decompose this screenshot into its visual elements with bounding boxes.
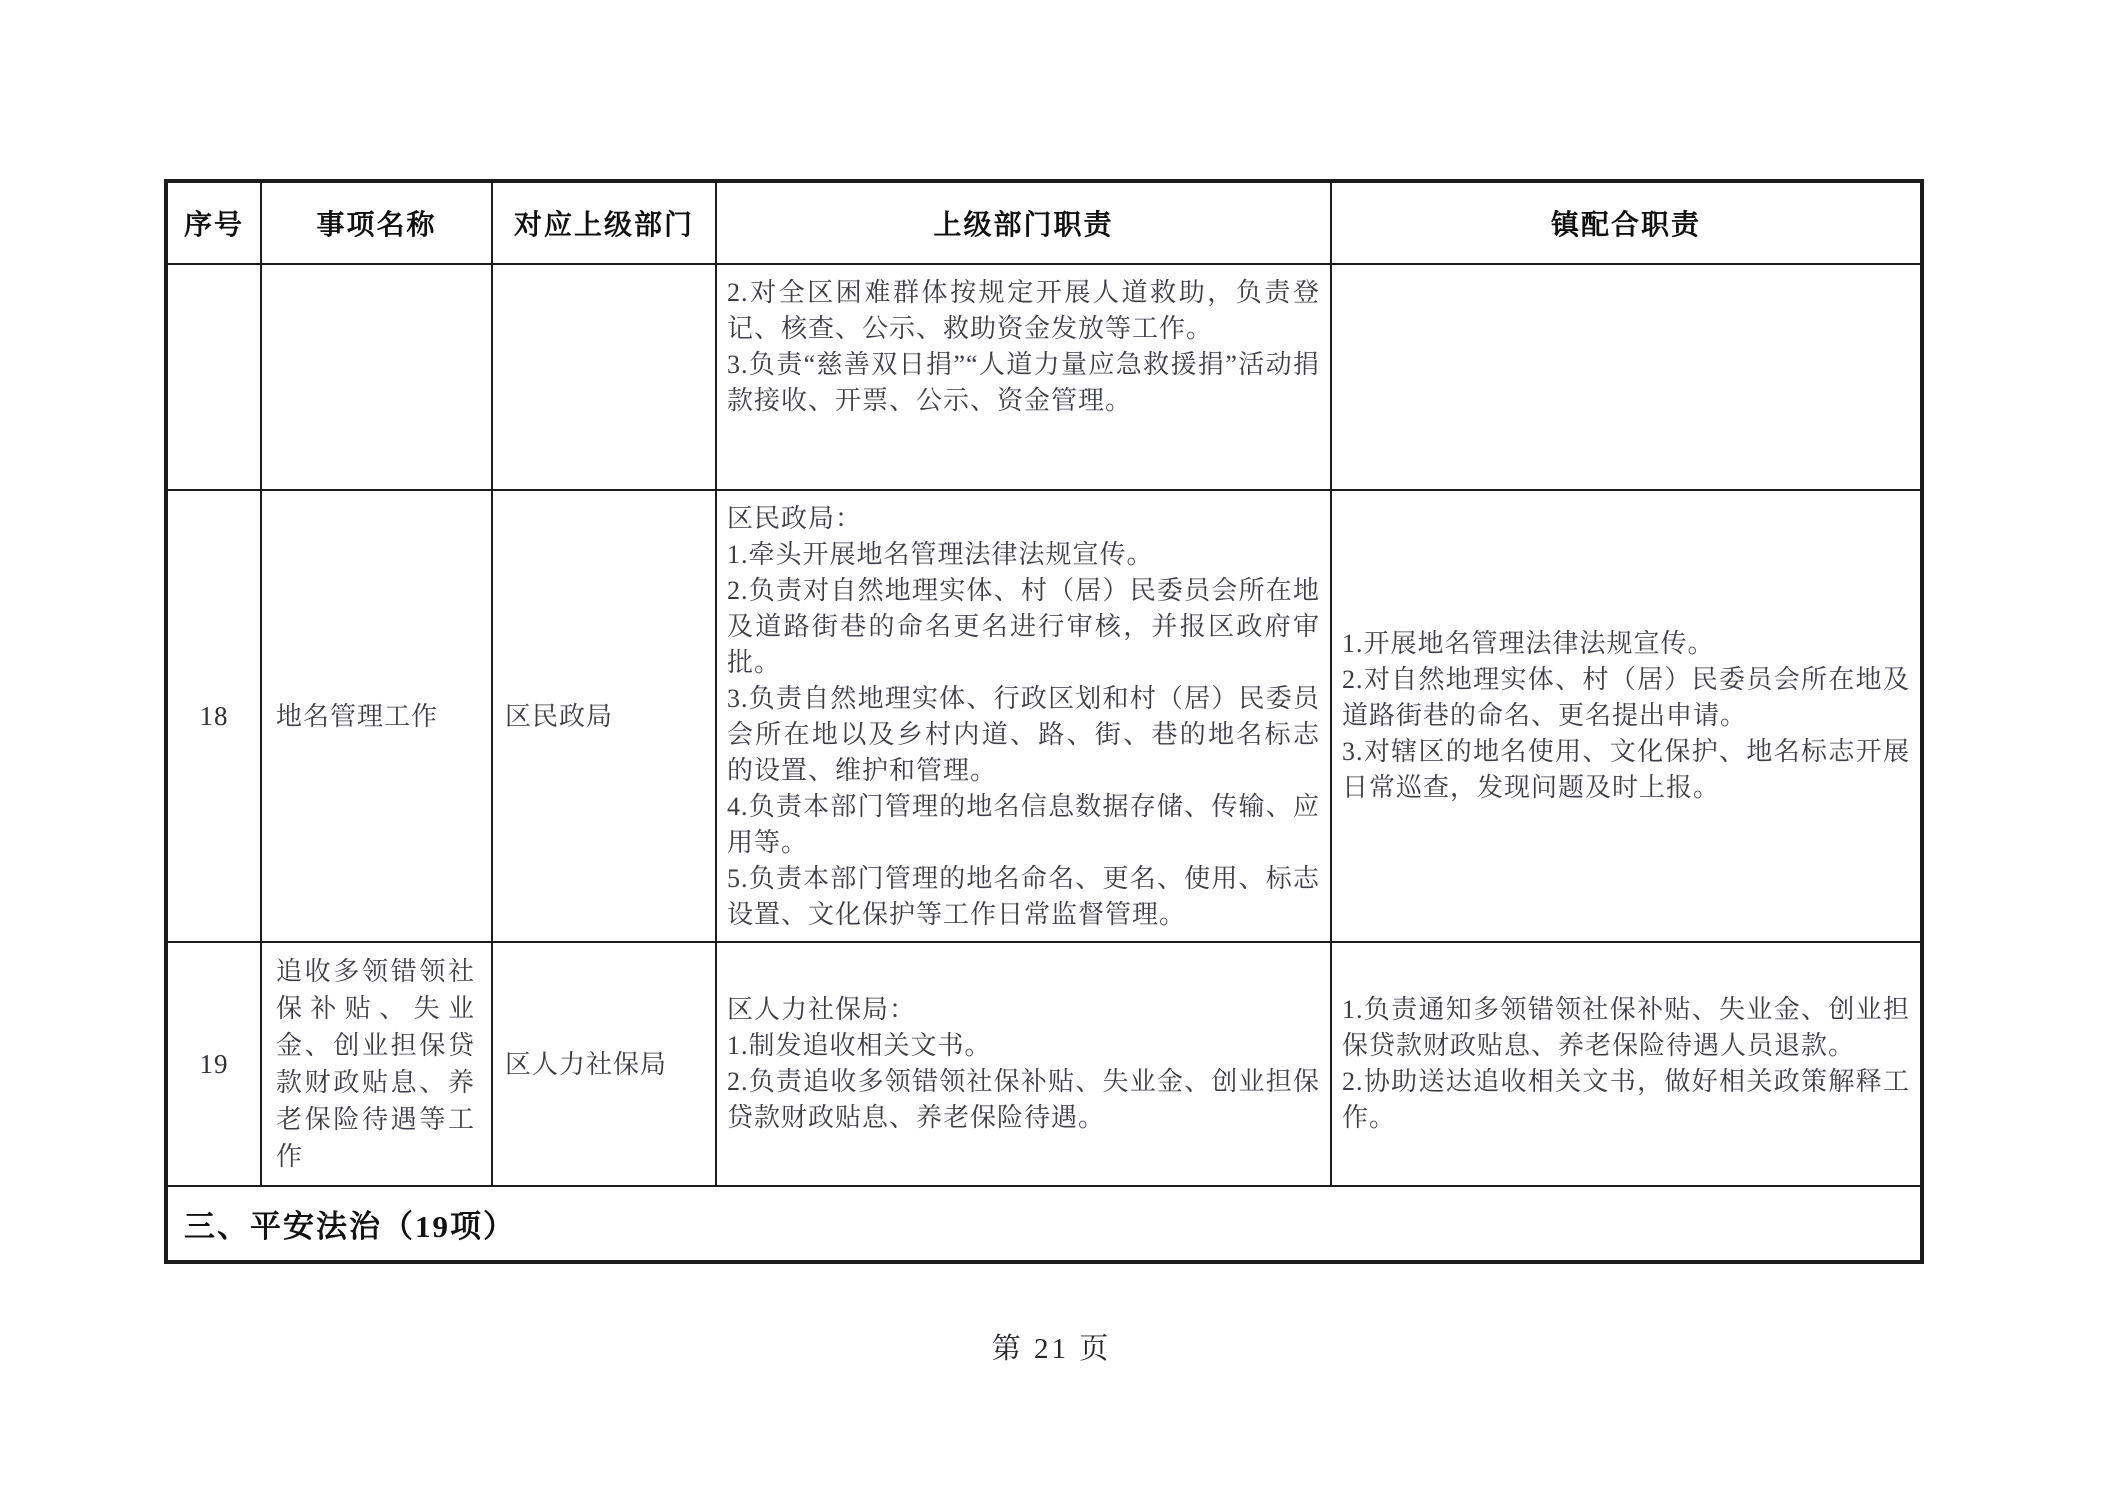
column-header-superior-duties: 上级部门职责 xyxy=(716,181,1331,264)
cell-seq: 18 xyxy=(166,490,261,942)
duty-item: 1.负责通知多领错领社保补贴、失业金、创业担保贷款财政贴息、养老保险待遇人员退款… xyxy=(1342,992,1910,1064)
duty-item: 区民政局： xyxy=(727,501,1320,537)
cell-town-duties: 1.负责通知多领错领社保补贴、失业金、创业担保贷款财政贴息、养老保险待遇人员退款… xyxy=(1331,942,1922,1186)
column-header-item-name: 事项名称 xyxy=(261,181,492,264)
column-header-seq: 序号 xyxy=(166,181,261,264)
table-row-19: 19 追收多领错领社保补贴、失业金、创业担保贷款财政贴息、养老保险待遇等工作 区… xyxy=(166,942,1922,1186)
table-row-18: 18 地名管理工作 区民政局 区民政局： 1.牵头开展地名管理法律法规宣传。 2… xyxy=(166,490,1922,942)
column-header-town-duties: 镇配合职责 xyxy=(1331,181,1922,264)
table-header-row: 序号 事项名称 对应上级部门 上级部门职责 镇配合职责 xyxy=(166,181,1922,264)
cell-town-duties xyxy=(1331,264,1922,490)
section-header-row: 三、平安法治（19项） xyxy=(166,1186,1922,1262)
cell-seq xyxy=(166,264,261,490)
cell-item-name xyxy=(261,264,492,490)
cell-seq: 19 xyxy=(166,942,261,1186)
duty-item: 2.负责追收多领错领社保补贴、失业金、创业担保贷款财政贴息、养老保险待遇。 xyxy=(727,1064,1320,1136)
duty-item: 4.负责本部门管理的地名信息数据存储、传输、应用等。 xyxy=(727,789,1320,861)
cell-superior-department: 区民政局 xyxy=(492,490,716,942)
duty-item: 1.开展地名管理法律法规宣传。 xyxy=(1342,626,1910,662)
duty-item: 3.负责自然地理实体、行政区划和村（居）民委员会所在地以及乡村内道、路、街、巷的… xyxy=(727,681,1320,789)
duty-item: 2.对自然地理实体、村（居）民委员会所在地及道路街巷的命名、更名提出申请。 xyxy=(1342,662,1910,734)
duty-item: 区人力社保局： xyxy=(727,992,1320,1028)
cell-superior-department: 区人力社保局 xyxy=(492,942,716,1186)
duty-item: 2.协助送达追收相关文书，做好相关政策解释工作。 xyxy=(1342,1064,1910,1136)
document-page: 序号 事项名称 对应上级部门 上级部门职责 镇配合职责 2.对全区困难群体按规定… xyxy=(0,0,2103,1486)
cell-superior-duties: 2.对全区困难群体按规定开展人道救助，负责登记、核查、公示、救助资金发放等工作。… xyxy=(716,264,1331,490)
duty-item: 3.对辖区的地名使用、文化保护、地名标志开展日常巡查，发现问题及时上报。 xyxy=(1342,734,1910,806)
duty-item: 5.负责本部门管理的地名命名、更名、使用、标志设置、文化保护等工作日常监督管理。 xyxy=(727,861,1320,933)
cell-superior-duties: 区民政局： 1.牵头开展地名管理法律法规宣传。 2.负责对自然地理实体、村（居）… xyxy=(716,490,1331,942)
duty-item: 2.对全区困难群体按规定开展人道救助，负责登记、核查、公示、救助资金发放等工作。 xyxy=(727,275,1320,347)
cell-town-duties: 1.开展地名管理法律法规宣传。 2.对自然地理实体、村（居）民委员会所在地及道路… xyxy=(1331,490,1922,942)
page-number: 第 21 页 xyxy=(0,1326,2103,1367)
table-row-continued: 2.对全区困难群体按规定开展人道救助，负责登记、核查、公示、救助资金发放等工作。… xyxy=(166,264,1922,490)
column-header-superior-department: 对应上级部门 xyxy=(492,181,716,264)
duties-table: 序号 事项名称 对应上级部门 上级部门职责 镇配合职责 2.对全区困难群体按规定… xyxy=(164,179,1924,1264)
duty-item: 1.制发追收相关文书。 xyxy=(727,1028,1320,1064)
cell-superior-duties: 区人力社保局： 1.制发追收相关文书。 2.负责追收多领错领社保补贴、失业金、创… xyxy=(716,942,1331,1186)
section-header: 三、平安法治（19项） xyxy=(166,1186,1922,1262)
cell-superior-department xyxy=(492,264,716,490)
cell-item-name: 地名管理工作 xyxy=(261,490,492,942)
duty-item: 2.负责对自然地理实体、村（居）民委员会所在地及道路街巷的命名更名进行审核，并报… xyxy=(727,573,1320,681)
cell-item-name: 追收多领错领社保补贴、失业金、创业担保贷款财政贴息、养老保险待遇等工作 xyxy=(261,942,492,1186)
duty-item: 3.负责“慈善双日捐”“人道力量应急救援捐”活动捐款接收、开票、公示、资金管理。 xyxy=(727,347,1320,419)
duty-item: 1.牵头开展地名管理法律法规宣传。 xyxy=(727,537,1320,573)
